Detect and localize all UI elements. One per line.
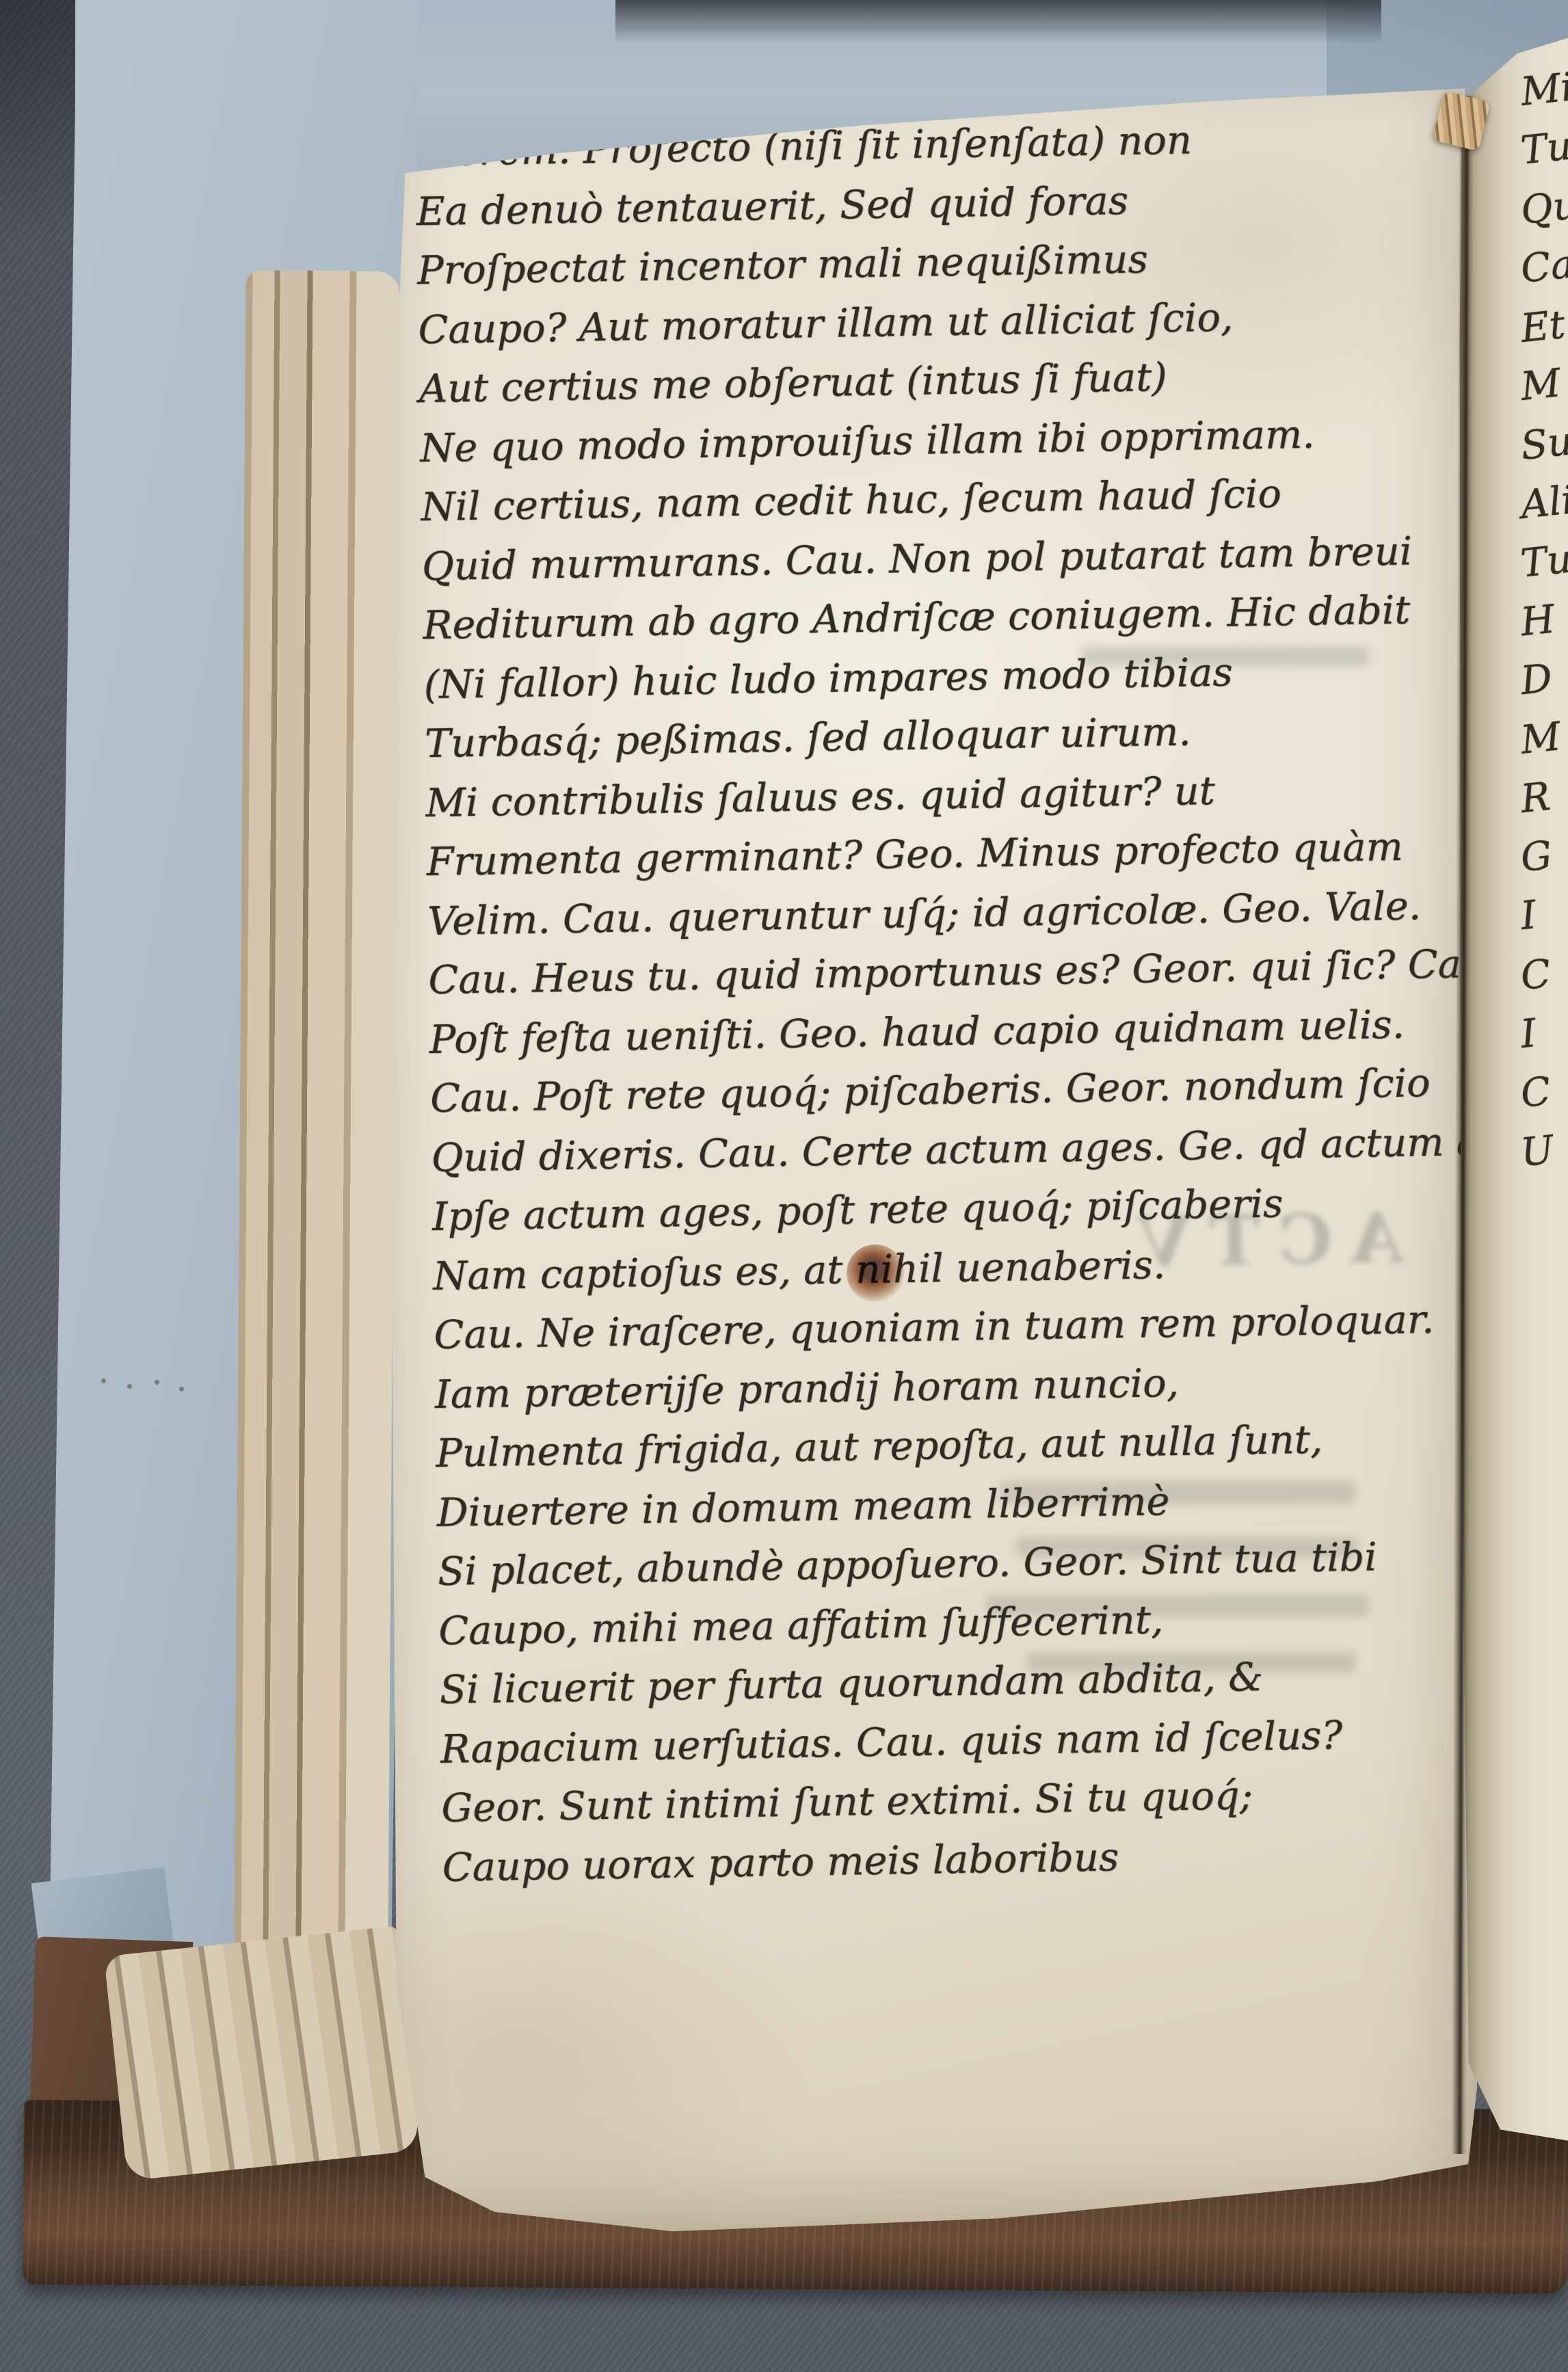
text-fragment: R [1518,767,1554,829]
speck [155,1380,159,1385]
text-line: Caupo uorax parto meis laboribus [442,1828,1119,1898]
text-fragment: Ali [1518,470,1568,535]
text-fragment: Qu [1518,175,1568,239]
text-fragment: Ca [1518,235,1568,299]
page-edge-stack-left [232,270,399,2145]
left-page: ACTV Morem. Profecto (niſi ſit inſenſata… [384,71,1483,2240]
speck [101,1378,106,1383]
text-fragment: Mi [1518,57,1568,122]
text-fragment: C [1518,944,1554,1005]
text-fragment: D [1518,649,1555,710]
fabric-shadow-top [615,0,1381,44]
text-fragment: H [1518,589,1558,652]
text-block: Morem. Profecto (niſi ſit inſenſata) non… [415,107,1490,1969]
text-fragment: M [1518,354,1564,416]
text-fragment: I [1518,1004,1539,1064]
text-fragment: U [1518,1121,1557,1183]
text-fragment: M [1518,707,1564,770]
text-fragment: Tu [1518,117,1568,181]
text-line: Geor. Sunt intimi ſunt extimi. Si tu quo… [441,1766,1253,1839]
page-edge-stack-bottom [104,1925,420,2181]
text-fragment: Et i [1518,293,1568,358]
photograph-of-open-book: ACTV Morem. Profecto (niſi ſit inſenſata… [0,0,1568,2372]
text-fragment: I [1518,885,1539,946]
text-fragment: Su [1518,412,1568,475]
text-fragment: Tu [1518,530,1568,594]
text-fragment: C [1518,1062,1554,1123]
text-fragment: G [1518,826,1555,888]
right-page-text-fragments: MiTuQuCaEt iMSuAliTuHDMRGICICU [1521,60,1568,1223]
speck [127,1384,132,1389]
text-line: Ea denuò tentauerit, Sed quid foras [416,171,1129,241]
speck [179,1387,184,1391]
